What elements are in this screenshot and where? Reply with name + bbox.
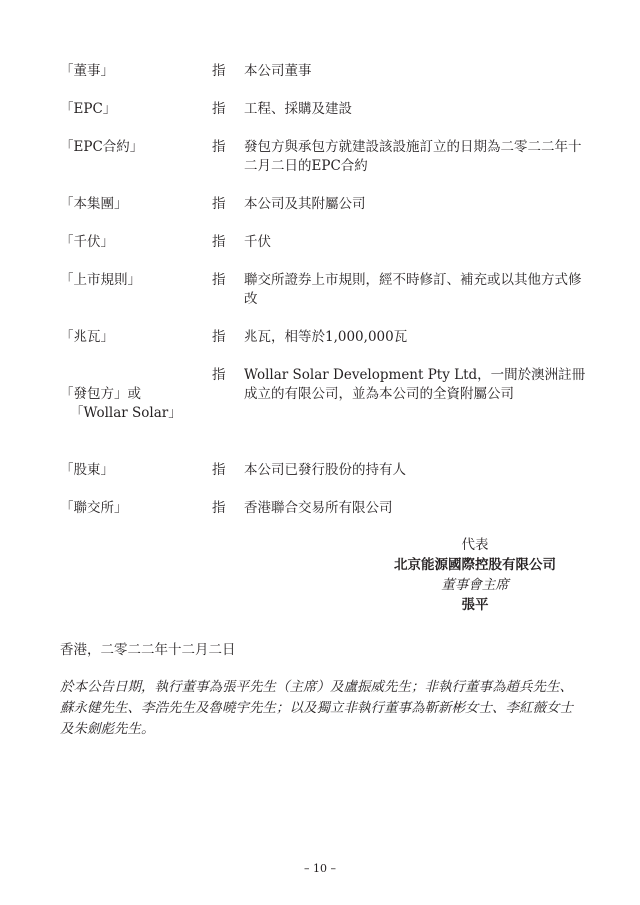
definition-term-alias: 「Wollar Solar」 [60,404,212,423]
definition-text: 兆瓦，相等於1,000,000瓦 [244,328,590,347]
definition-term-main: 「發包方」或 [60,386,141,402]
definition-row: 「兆瓦」 指 兆瓦，相等於1,000,000瓦 [60,328,590,347]
board-statement: 於本公告日期，執行董事為張平先生（主席）及盧振威先生；非執行董事為趙兵先生、蘇永… [60,677,585,740]
definition-term: 「EPC合約」 [60,138,212,176]
means-label: 指 [212,328,244,347]
definition-text: 聯交所證券上市規則，經不時修訂、補充或以其他方式修改 [244,271,590,309]
definition-text: 本公司董事 [244,62,590,81]
signature-block: 代表 北京能源國際控股有限公司 董事會主席 張平 [370,535,580,615]
means-label: 指 [212,499,244,518]
means-label: 指 [212,195,244,214]
means-label: 指 [212,62,244,81]
definition-row: 「董事」 指 本公司董事 [60,62,590,81]
definition-text: Wollar Solar Development Pty Ltd，一間於澳洲註冊… [244,366,590,442]
definition-text: 工程、採購及建設 [244,100,590,119]
page-number: – 10 – [0,862,640,875]
definition-text: 發包方與承包方就建設該設施訂立的日期為二零二二年十二月二日的EPC合約 [244,138,590,176]
definition-row: 「EPC」 指 工程、採購及建設 [60,100,590,119]
definition-row: 「千伏」 指 千伏 [60,233,590,252]
definition-row: 「EPC合約」 指 發包方與承包方就建設該設施訂立的日期為二零二二年十二月二日的… [60,138,590,176]
date-line: 香港，二零二二年十二月二日 [60,638,236,658]
definition-text: 本公司已發行股份的持有人 [244,461,590,480]
definition-row: 「發包方」或 「Wollar Solar」 指 Wollar Solar Dev… [60,366,590,442]
definition-row: 「本集團」 指 本公司及其附屬公司 [60,195,590,214]
definition-term: 「兆瓦」 [60,328,212,347]
means-label: 指 [212,366,244,442]
definition-row: 「上市規則」 指 聯交所證券上市規則，經不時修訂、補充或以其他方式修改 [60,271,590,309]
means-label: 指 [212,271,244,309]
on-behalf-label: 代表 [370,535,580,555]
means-label: 指 [212,100,244,119]
definition-term: 「股東」 [60,461,212,480]
definitions-list: 「董事」 指 本公司董事 「EPC」 指 工程、採購及建設 「EPC合約」 指 … [60,62,590,537]
definition-row: 「股東」 指 本公司已發行股份的持有人 [60,461,590,480]
definition-term: 「上市規則」 [60,271,212,309]
signatory-name: 張平 [370,595,580,615]
means-label: 指 [212,233,244,252]
definition-term: 「董事」 [60,62,212,81]
means-label: 指 [212,461,244,480]
company-name: 北京能源國際控股有限公司 [370,555,580,575]
signatory-title: 董事會主席 [370,575,580,595]
definition-term: 「聯交所」 [60,499,212,518]
definition-term: 「千伏」 [60,233,212,252]
definition-text: 千伏 [244,233,590,252]
means-label: 指 [212,138,244,176]
definition-term: 「本集團」 [60,195,212,214]
definition-text: 香港聯合交易所有限公司 [244,499,590,518]
definition-term: 「發包方」或 「Wollar Solar」 [60,366,212,442]
definition-term: 「EPC」 [60,100,212,119]
definition-row: 「聯交所」 指 香港聯合交易所有限公司 [60,499,590,518]
definition-text: 本公司及其附屬公司 [244,195,590,214]
